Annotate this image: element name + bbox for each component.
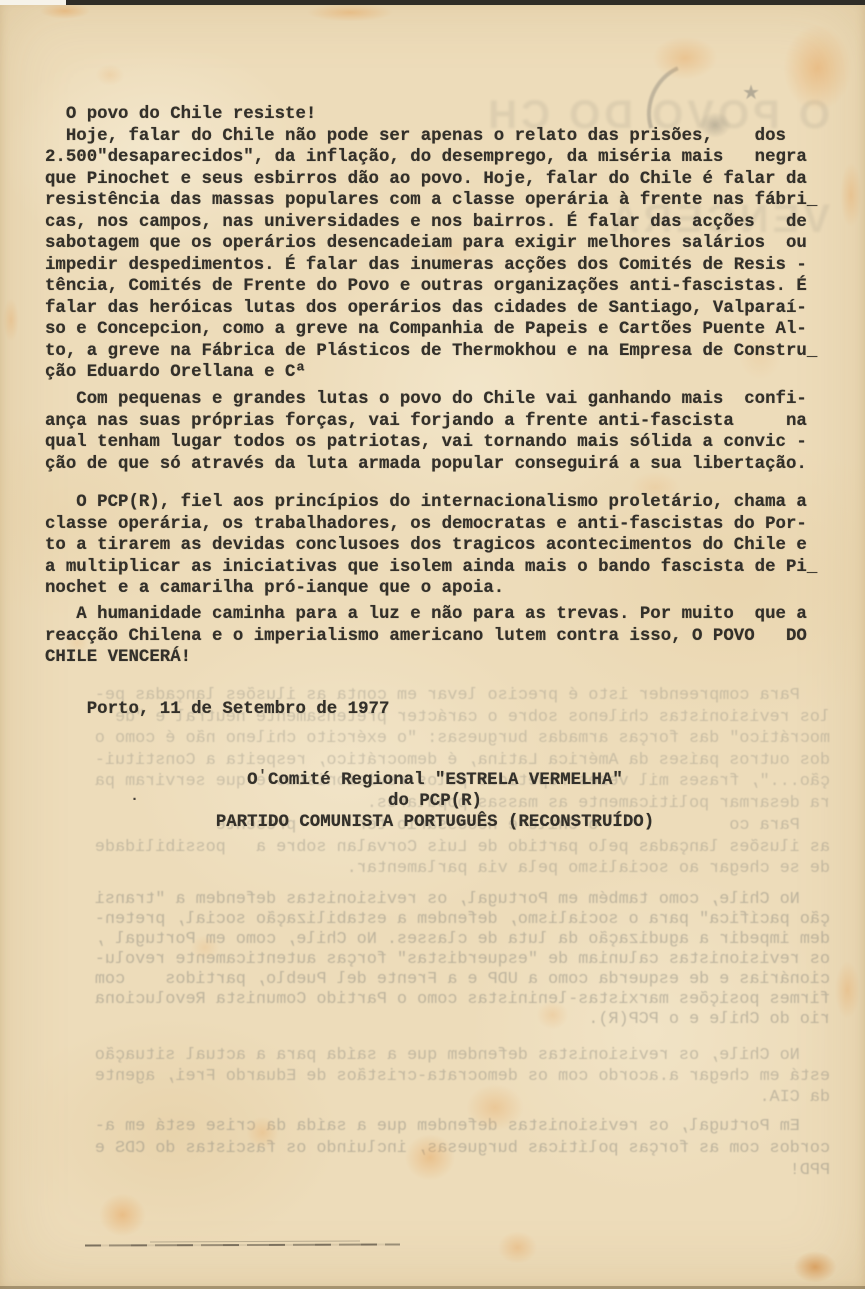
text-line: O povo do Chile resiste! — [45, 104, 831, 126]
text-line: so e Concepcion, como a greve na Companh… — [45, 319, 831, 341]
paragraph-struggles: Com pequenas e grandes lutas o povo do C… — [45, 389, 831, 475]
text-line: O Comité Regional "ESTRELA VERMELHA" — [195, 770, 675, 791]
paragraph-intro: O povo do Chile resiste! — [45, 104, 831, 126]
stray-mark: . — [130, 788, 139, 805]
bleedthrough-text: Em Portugal, os revisionistas defendem q… — [40, 1116, 830, 1182]
text-line: da CIA. — [40, 1087, 830, 1108]
text-line: do PCP(R) — [195, 791, 675, 812]
text-line: resistência das massas populares com a c… — [45, 190, 831, 212]
paper-stain — [240, 1110, 285, 1155]
date-line: Porto, 11 de Setembro de 1977 — [45, 699, 831, 721]
scanned-leaflet: { "colors": { "paper": "#eddcba", "ink":… — [0, 0, 865, 1289]
paper-stain — [830, 950, 865, 1030]
text-line: Hoje, falar do Chile não pode ser apenas… — [45, 126, 831, 148]
paragraph-pcpr-call: O PCP(R), fiel aos princípios do interna… — [45, 492, 831, 600]
text-line: to a tirarem as devidas conclusoes dos t… — [45, 535, 831, 557]
text-line: cordos com as forças políticas burguesas… — [40, 1138, 830, 1160]
text-line: cionárias e de esquerda como a UDP e a F… — [40, 970, 830, 990]
text-line: ança nas suas próprias forças, vai forja… — [45, 411, 831, 433]
paper-stain — [490, 1225, 545, 1270]
text-line: dos outros países da América Latina, é d… — [40, 750, 830, 772]
pencil-line — [150, 1240, 360, 1242]
paper-stain — [90, 60, 130, 90]
paper-stain — [640, 28, 730, 88]
text-line: de se chegar ao socialismo pela via parl… — [40, 858, 830, 880]
paper-page: O POVO DO CH VENCERÁ ★ Para compreender … — [0, 0, 865, 1289]
paragraph-resistance: Hoje, falar do Chile não pode ser apenas… — [45, 126, 831, 384]
text-line: ção pacífica" para o socialismo, defende… — [40, 910, 830, 930]
paper-stain — [395, 1125, 465, 1190]
text-line: reacção Chilena e o imperialismo america… — [45, 626, 831, 648]
text-line: classe operária, os trabalhadores, os de… — [45, 514, 831, 536]
text-line: está em chegar a.acordo com os democrata… — [40, 1066, 830, 1087]
paper-stain — [455, 1075, 535, 1140]
paper-stain — [530, 995, 575, 1035]
star-icon: ★ — [742, 80, 760, 104]
text-line: to, a greve na Fábrica de Plásticos de T… — [45, 341, 831, 363]
text-line: PARTIDO COMUNISTA PORTUGUÊS (RECONSTRUÍD… — [195, 812, 675, 833]
paper-stain — [185, 930, 225, 965]
bleedthrough-text: No Chile, os revisionistas defendem que … — [40, 1045, 830, 1108]
text-line: rio do Chile e o PCP(R). — [40, 1010, 830, 1030]
bleedthrough-text: No Chile, como também em Portugal, os re… — [40, 890, 830, 1030]
text-line: cas, nos campos, nas universidades e nos… — [45, 212, 831, 234]
text-line: 2.500"desaparecidos", da inflação, do de… — [45, 147, 831, 169]
text-line: PPD! — [40, 1160, 830, 1182]
scan-edge-top-white — [0, 0, 66, 5]
text-line: CHILE VENCERÁ! — [45, 647, 831, 669]
text-line: ção Eduardo Orellana e Cª — [45, 362, 831, 384]
text-line: No Chile, como também em Portugal, os re… — [40, 890, 830, 910]
text-line: mocrático" das forças armadas burguesas:… — [40, 728, 830, 750]
scan-edge-top — [0, 0, 865, 5]
text-line: impedir despedimentos. É falar das inume… — [45, 255, 831, 277]
text-line: qual tenham lugar todos os patriotas, va… — [45, 432, 831, 454]
text-line: ção de que só através da luta armada pop… — [45, 454, 831, 476]
text-line: O PCP(R), fiel aos princípios do interna… — [45, 492, 831, 514]
paper-stain — [836, 150, 865, 240]
text-line: firmes posições marxistas-leninistas com… — [40, 990, 830, 1010]
text-line: A humanidade caminha para a luz e não pa… — [45, 604, 831, 626]
paper-stain — [90, 1185, 155, 1245]
text-line: sabotagem que os operários desencadeiam … — [45, 233, 831, 255]
pencil-line — [85, 1243, 400, 1246]
text-line: falar das heróicas lutas dos operários d… — [45, 298, 831, 320]
text-line: tência, Comités de Frente do Povo e outr… — [45, 276, 831, 298]
paper-stain — [785, 1245, 845, 1289]
paper-stain — [0, 290, 22, 350]
text-line: as ilusões lançadas pelo partido de Luís… — [40, 837, 830, 859]
text-line: a multiplicar as iniciativas que isolem … — [45, 557, 831, 579]
text-line: Com pequenas e grandes lutas o povo do C… — [45, 389, 831, 411]
paragraph-conclusion: A humanidade caminha para a luz e não pa… — [45, 604, 831, 669]
text-line: Em Portugal, os revisionistas defendem q… — [40, 1116, 830, 1138]
text-line: nochet e a camarilha pró-ianque que o ap… — [45, 578, 831, 600]
text-line: que Pinochet e seus esbirros dão ao povo… — [45, 169, 831, 191]
text-line: os revisionistas caluniam de "esquerdist… — [40, 950, 830, 970]
text-line: No Chile, os revisionistas defendem que … — [40, 1045, 830, 1066]
text-line: dem impedir a agudização da luta de clas… — [40, 930, 830, 950]
signature-block: O Comité Regional "ESTRELA VERMELHA"do P… — [195, 770, 675, 833]
